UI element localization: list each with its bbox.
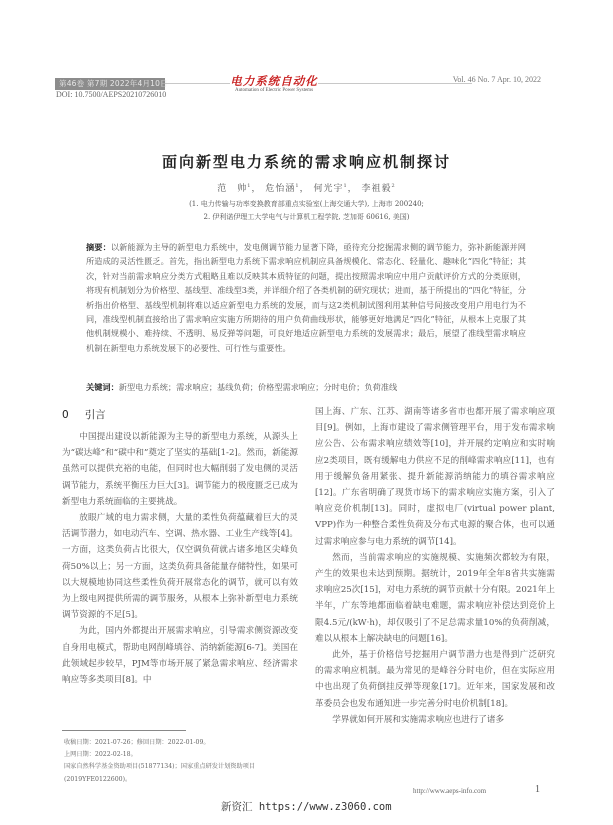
keywords-text: 新型电力系统；需求响应；基线负荷；价格型需求响应；分时电价；负荷准线 xyxy=(119,382,397,392)
footnote-divider xyxy=(62,730,186,731)
header-divider-right xyxy=(318,83,472,84)
affil-marker: 1 xyxy=(343,183,347,189)
affiliation-2: 2. 伊利诺伊理工大学电气与计算机工程学院, 芝加哥 60616, 美国) xyxy=(0,212,613,222)
section-title: 引言 xyxy=(85,409,106,421)
affil-marker: 1 xyxy=(295,183,299,189)
journal-logo: 电力系统自动化 xyxy=(230,73,318,89)
paragraph: 为此，国内外都提出开展需求响应，引导需求侧资源改变自身用电模式，帮助电网削峰填谷… xyxy=(62,623,298,688)
author-list: 范 帅1， 危怡涵1， 何光宇1， 李祖毅2 xyxy=(0,181,613,194)
author-name: 何光宇 xyxy=(313,184,343,194)
paragraph: 国上海、广东、江苏、湖南等诸多省市也都开展了需求响应项目[9]。例如，上海市建设… xyxy=(315,404,555,550)
article-title: 面向新型电力系统的需求响应机制探讨 xyxy=(0,151,613,172)
author-name: 李祖毅 xyxy=(362,184,392,194)
keywords: 关键词：新型电力系统；需求响应；基线负荷；价格型需求响应；分时电价；负荷准线 xyxy=(86,380,526,394)
section-number: 0 xyxy=(62,409,69,421)
footnote-funding: 国家自然科学基金资助项目(51877134)；国家重点研发计划资助项目(2019… xyxy=(64,761,300,785)
author-name: 范 帅 xyxy=(217,184,247,194)
header-divider-left xyxy=(165,83,230,84)
footnote-received: 收稿日期：2021-07-26；修回日期：2022-01-09。 xyxy=(64,737,300,749)
volume-issue-band: 第46卷 第7期 2022年4月10日 xyxy=(55,78,165,90)
paragraph: 学界就如何开展和实施需求响应也进行了诸多 xyxy=(315,712,555,728)
abstract: 摘要：以新能源为主导的新型电力系统中，发电侧调节能力显著下降，亟待充分挖掘需求侧… xyxy=(86,240,526,355)
journal-name-en: Automation of Electric Power Systems xyxy=(215,88,333,93)
paragraph: 中国提出建设以新能源为主导的新型电力系统，从源头上为“碳达峰”和“碳中和”奠定了… xyxy=(62,429,298,510)
affil-marker: 1 xyxy=(247,183,251,189)
doi[interactable]: DOI: 10.7500/AEPS20210726010 xyxy=(56,90,166,99)
affiliation-1: (1. 电力传输与功率变换教育部重点实验室(上海交通大学), 上海市 20024… xyxy=(0,199,613,209)
page-number: 1 xyxy=(535,784,540,795)
affil-marker: 2 xyxy=(392,183,396,189)
abstract-text: 以新能源为主导的新型电力系统中，发电侧调节能力显著下降，亟待充分挖掘需求侧的调节… xyxy=(86,242,526,353)
section-heading-introduction: 0引言 xyxy=(62,407,106,422)
body-column-left: 中国提出建设以新能源为主导的新型电力系统，从源头上为“碳达峰”和“碳中和”奠定了… xyxy=(62,429,298,688)
journal-url[interactable]: http://www.aeps-info.com xyxy=(413,787,486,795)
body-column-right: 国上海、广东、江苏、湖南等诸多省市也都开展了需求响应项目[9]。例如，上海市建设… xyxy=(315,404,555,728)
watermark: 新资汇 https://www.z3060.com xyxy=(221,799,392,814)
abstract-label: 摘要： xyxy=(86,242,111,252)
paragraph: 此外，基于价格信号挖掘用户调节潜力也是得到广泛研究的需求响应机制。最为常见的是峰… xyxy=(315,647,555,712)
footnote-online: 上网日期：2022-02-18。 xyxy=(64,749,300,761)
keywords-label: 关键词： xyxy=(86,382,119,392)
author-name: 危怡涵 xyxy=(265,184,295,194)
paragraph: 然而，当前需求响应的实施规模、实施频次都较为有限，产生的效果也未达到预期。据统计… xyxy=(315,550,555,647)
volume-info-en: Vol. 46 No. 7 Apr. 10, 2022 xyxy=(453,75,541,84)
paragraph: 放眼广域的电力需求侧，大量的柔性负荷蕴藏着巨大的灵活调节潜力，如电动汽车、空调、… xyxy=(62,510,298,623)
footnotes: 收稿日期：2021-07-26；修回日期：2022-01-09。 上网日期：20… xyxy=(64,737,300,786)
